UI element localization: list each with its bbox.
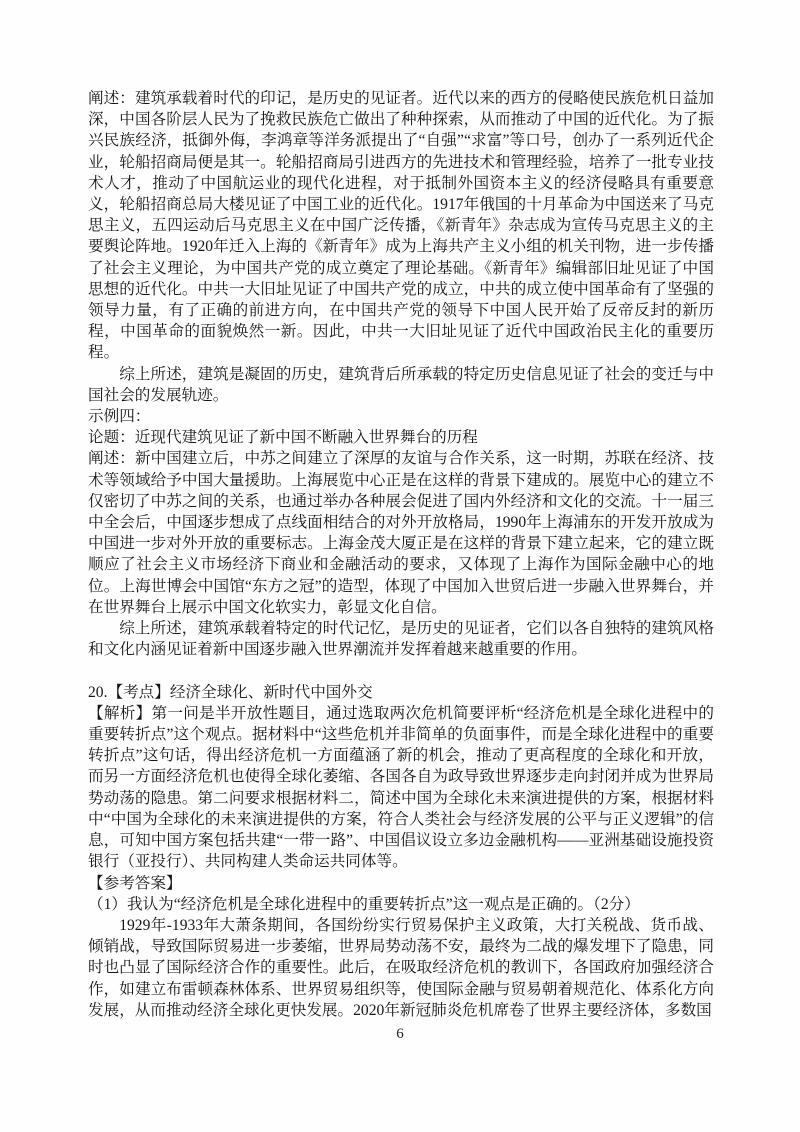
question-20-answer-detail-paragraph: 1929年-1933年大萧条期间，各国纷纷实行贸易保护主义政策，大打关税战、货币… [88,915,714,1021]
example3-summary-paragraph: 综上所述，建筑是凝固的历史，建筑背后所承载的特定历史信息见证了社会的变迁与中国社… [88,364,714,406]
example4-summary-paragraph: 综上所述，建筑承载着特定的时代记忆，是历史的见证者，它们以各自独特的建筑风格和文… [88,618,714,660]
example4-elaboration-paragraph: 阐述：新中国建立后，中苏之间建立了深厚的友谊与合作关系，这一时期，苏联在经济、技… [88,448,714,618]
page-number: 6 [0,1026,800,1043]
document-page: 阐述：建筑承载着时代的印记，是历史的见证者。近代以来的西方的侵略使民族危机日益加… [0,0,800,1132]
page-content: 阐述：建筑承载着时代的印记，是历史的见证者。近代以来的西方的侵略使民族危机日益加… [88,88,714,1021]
question-20-answer-point1: （1）我认为“经济危机是全球化进程中的重要转折点”这一观点是正确的。（2分） [88,894,714,915]
example4-topic-line: 论题：近现代建筑见证了新中国不断融入世界舞台的历程 [88,427,714,448]
question-20-answer-label: 【参考答案】 [88,873,714,894]
example3-elaboration-paragraph: 阐述：建筑承载着时代的印记，是历史的见证者。近代以来的西方的侵略使民族危机日益加… [88,88,714,364]
example4-label: 示例四： [88,406,714,427]
question-20-heading: 20.【考点】经济全球化、新时代中国外交 [88,682,714,703]
question-20-analysis-paragraph: 【解析】第一问是半开放性题目，通过选取两次危机简要评析“经济危机是全球化进程中的… [88,703,714,873]
